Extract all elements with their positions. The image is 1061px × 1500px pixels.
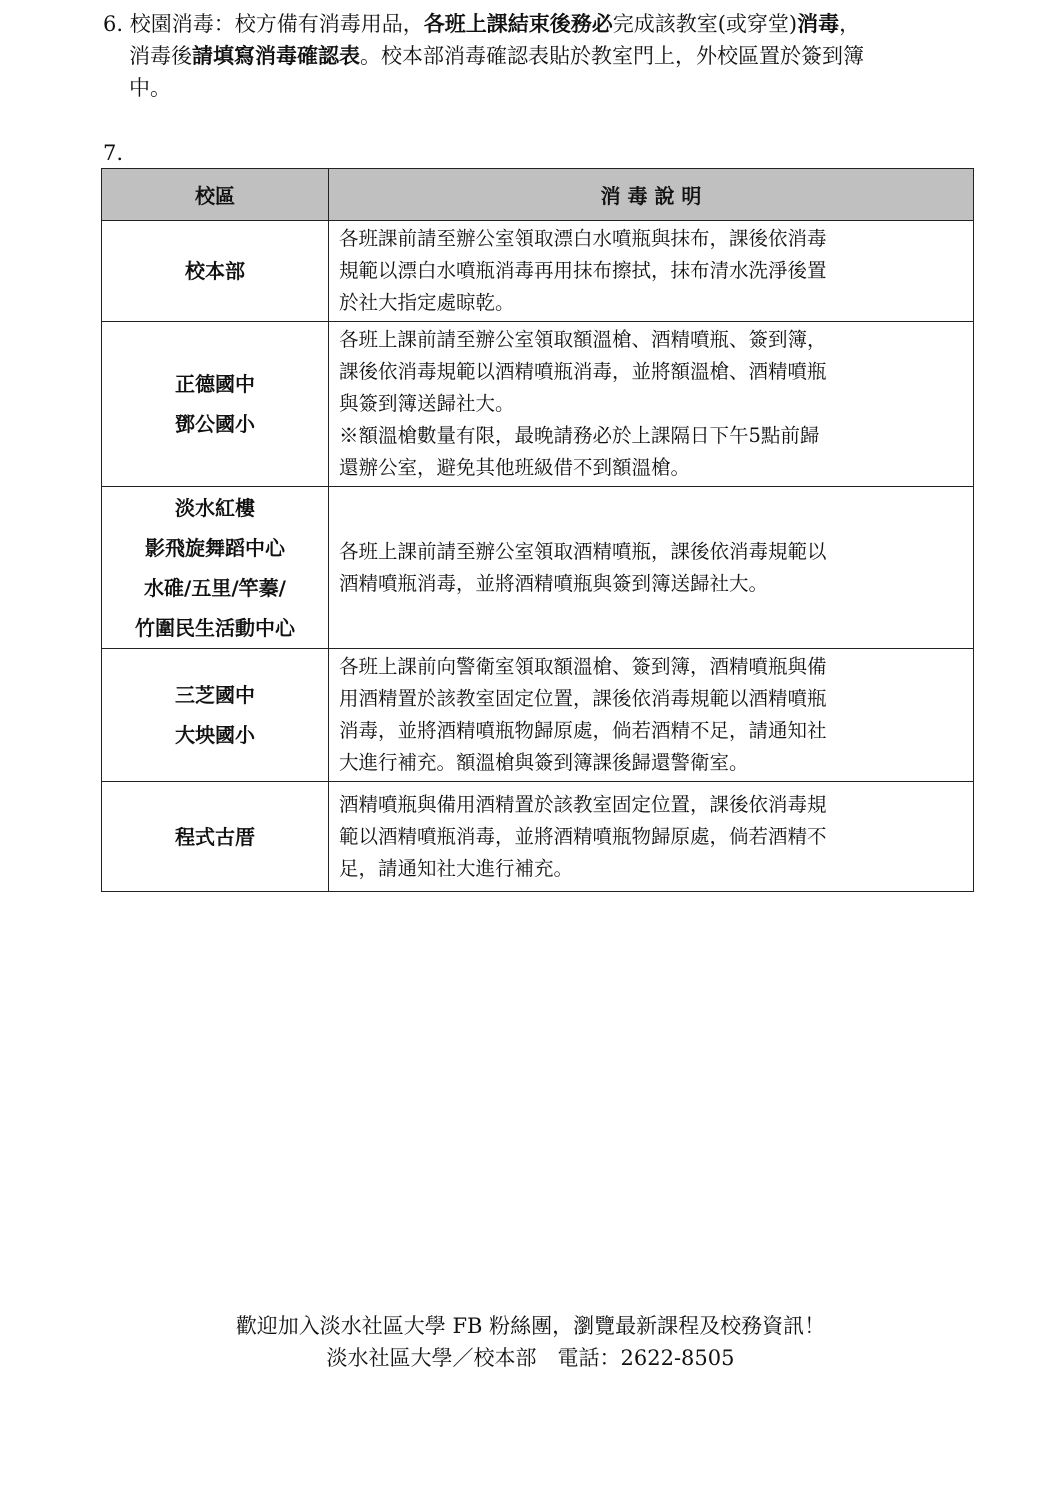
table-row: 淡水紅樓 影飛旋舞蹈中心 水碓/五里/竿蓁/ 竹圍民生活動中心 各班上課前請至辦…	[102, 487, 974, 649]
campus-name: 校本部	[102, 251, 328, 291]
description-line: 各班上課前向警衛室領取額溫槍、簽到簿，酒精噴瓶與備	[339, 651, 965, 683]
item-6-line-1: 6. 校園消毒：校方備有消毒用品，各班上課結束後務必完成該教室(或穿堂)消毒，	[103, 8, 1003, 40]
description-cell: 酒精噴瓶與備用酒精置於該教室固定位置，課後依消毒規 範以酒精噴瓶消毒，並將酒精噴…	[329, 782, 974, 892]
description-line: 還辦公室，避免其他班級借不到額溫槍。	[339, 452, 965, 484]
item-6-line-3: 中。	[103, 72, 1003, 104]
description-line: ※額溫槍數量有限，最晚請務必於上課隔日下午5點前歸	[339, 420, 965, 452]
table-row: 校本部 各班課前請至辦公室領取漂白水噴瓶與抹布，課後依消毒 規範以漂白水噴瓶消毒…	[102, 221, 974, 322]
description-line: 用酒精置於該教室固定位置，課後依消毒規範以酒精噴瓶	[339, 683, 965, 715]
text-run: 。校本部消毒確認表貼於教室門上，外校區置於簽到簿	[360, 44, 864, 68]
description-line: 範以酒精噴瓶消毒，並將酒精噴瓶物歸原處，倘若酒精不	[339, 821, 965, 853]
description-cell: 各班上課前請至辦公室領取酒精噴瓶，課後依消毒規範以 酒精噴瓶消毒，並將酒精噴瓶與…	[329, 487, 974, 649]
item-6-campus-disinfection: 6. 校園消毒：校方備有消毒用品，各班上課結束後務必完成該教室(或穿堂)消毒， …	[103, 8, 1003, 104]
description-cell: 各班上課前向警衛室領取額溫槍、簽到簿，酒精噴瓶與備 用酒精置於該教室固定位置，課…	[329, 649, 974, 782]
description-line: 各班課前請至辦公室領取漂白水噴瓶與抹布，課後依消毒	[339, 223, 965, 255]
bold-run: 消毒	[797, 11, 839, 36]
campus-name: 水碓/五里/竿蓁/	[102, 568, 328, 608]
table-header-row: 校區 消 毒 說 明	[102, 169, 974, 221]
description-line: 於社大指定處晾乾。	[339, 287, 965, 319]
description-line: 大進行補充。額溫槍與簽到簿課後歸還警衛室。	[339, 747, 965, 779]
disinfection-table: 校區 消 毒 說 明 校本部 各班課前請至辦公室領取漂白水噴瓶與抹布，課後依消毒…	[101, 168, 974, 892]
campus-name: 鄧公國小	[102, 404, 328, 444]
description-line: 課後依消毒規範以酒精噴瓶消毒，並將額溫槍、酒精噴瓶	[339, 356, 965, 388]
description-line: 與簽到簿送歸社大。	[339, 388, 965, 420]
campus-name: 三芝國中	[102, 675, 328, 715]
table-row: 程式古厝 酒精噴瓶與備用酒精置於該教室固定位置，課後依消毒規 範以酒精噴瓶消毒，…	[102, 782, 974, 892]
campus-name: 淡水紅樓	[102, 488, 328, 528]
description-cell: 各班上課前請至辦公室領取額溫槍、酒精噴瓶、簽到簿， 課後依消毒規範以酒精噴瓶消毒…	[329, 322, 974, 487]
header-campus: 校區	[102, 169, 329, 221]
campus-cell: 三芝國中 大坱國小	[102, 649, 329, 782]
item-6-line-2: 消毒後請填寫消毒確認表。校本部消毒確認表貼於教室門上，外校區置於簽到簿	[103, 40, 1003, 72]
campus-name: 程式古厝	[102, 817, 328, 857]
bold-run: 請填寫消毒確認表	[192, 43, 360, 68]
description-line: 酒精噴瓶與備用酒精置於該教室固定位置，課後依消毒規	[339, 789, 965, 821]
text-run: 6. 校園消毒：校方備有消毒用品，	[103, 12, 424, 36]
campus-cell: 程式古厝	[102, 782, 329, 892]
page-footer: 歡迎加入淡水社區大學 FB 粉絲團，瀏覽最新課程及校務資訊！ 淡水社區大學／校本…	[0, 1310, 1061, 1374]
bold-run: 各班上課結束後務必	[424, 11, 613, 36]
header-description: 消 毒 說 明	[329, 169, 974, 221]
item-7-label: 7.	[103, 138, 123, 168]
description-line: 規範以漂白水噴瓶消毒再用抹布擦拭，抹布清水洗淨後置	[339, 255, 965, 287]
campus-cell: 淡水紅樓 影飛旋舞蹈中心 水碓/五里/竿蓁/ 竹圍民生活動中心	[102, 487, 329, 649]
description-line: 各班上課前請至辦公室領取額溫槍、酒精噴瓶、簽到簿，	[339, 324, 965, 356]
table-row: 正德國中 鄧公國小 各班上課前請至辦公室領取額溫槍、酒精噴瓶、簽到簿， 課後依消…	[102, 322, 974, 487]
campus-cell: 校本部	[102, 221, 329, 322]
table-row: 三芝國中 大坱國小 各班上課前向警衛室領取額溫槍、簽到簿，酒精噴瓶與備 用酒精置…	[102, 649, 974, 782]
text-run: ，	[839, 12, 860, 36]
campus-name: 正德國中	[102, 364, 328, 404]
description-line: 酒精噴瓶消毒，並將酒精噴瓶與簽到簿送歸社大。	[339, 568, 965, 600]
text-run: 中。	[129, 76, 171, 100]
footer-fb-invite: 歡迎加入淡水社區大學 FB 粉絲團，瀏覽最新課程及校務資訊！	[0, 1310, 1061, 1342]
text-run: 完成該教室(或穿堂)	[613, 12, 797, 36]
campus-name: 大坱國小	[102, 715, 328, 755]
footer-contact: 淡水社區大學／校本部 電話：2622-8505	[0, 1342, 1061, 1374]
text-run: 消毒後	[129, 44, 192, 68]
description-cell: 各班課前請至辦公室領取漂白水噴瓶與抹布，課後依消毒 規範以漂白水噴瓶消毒再用抹布…	[329, 221, 974, 322]
description-line: 各班上課前請至辦公室領取酒精噴瓶，課後依消毒規範以	[339, 536, 965, 568]
description-line: 足，請通知社大進行補充。	[339, 853, 965, 885]
campus-name: 竹圍民生活動中心	[102, 608, 328, 648]
campus-name: 影飛旋舞蹈中心	[102, 528, 328, 568]
campus-cell: 正德國中 鄧公國小	[102, 322, 329, 487]
description-line: 消毒，並將酒精噴瓶物歸原處，倘若酒精不足，請通知社	[339, 715, 965, 747]
